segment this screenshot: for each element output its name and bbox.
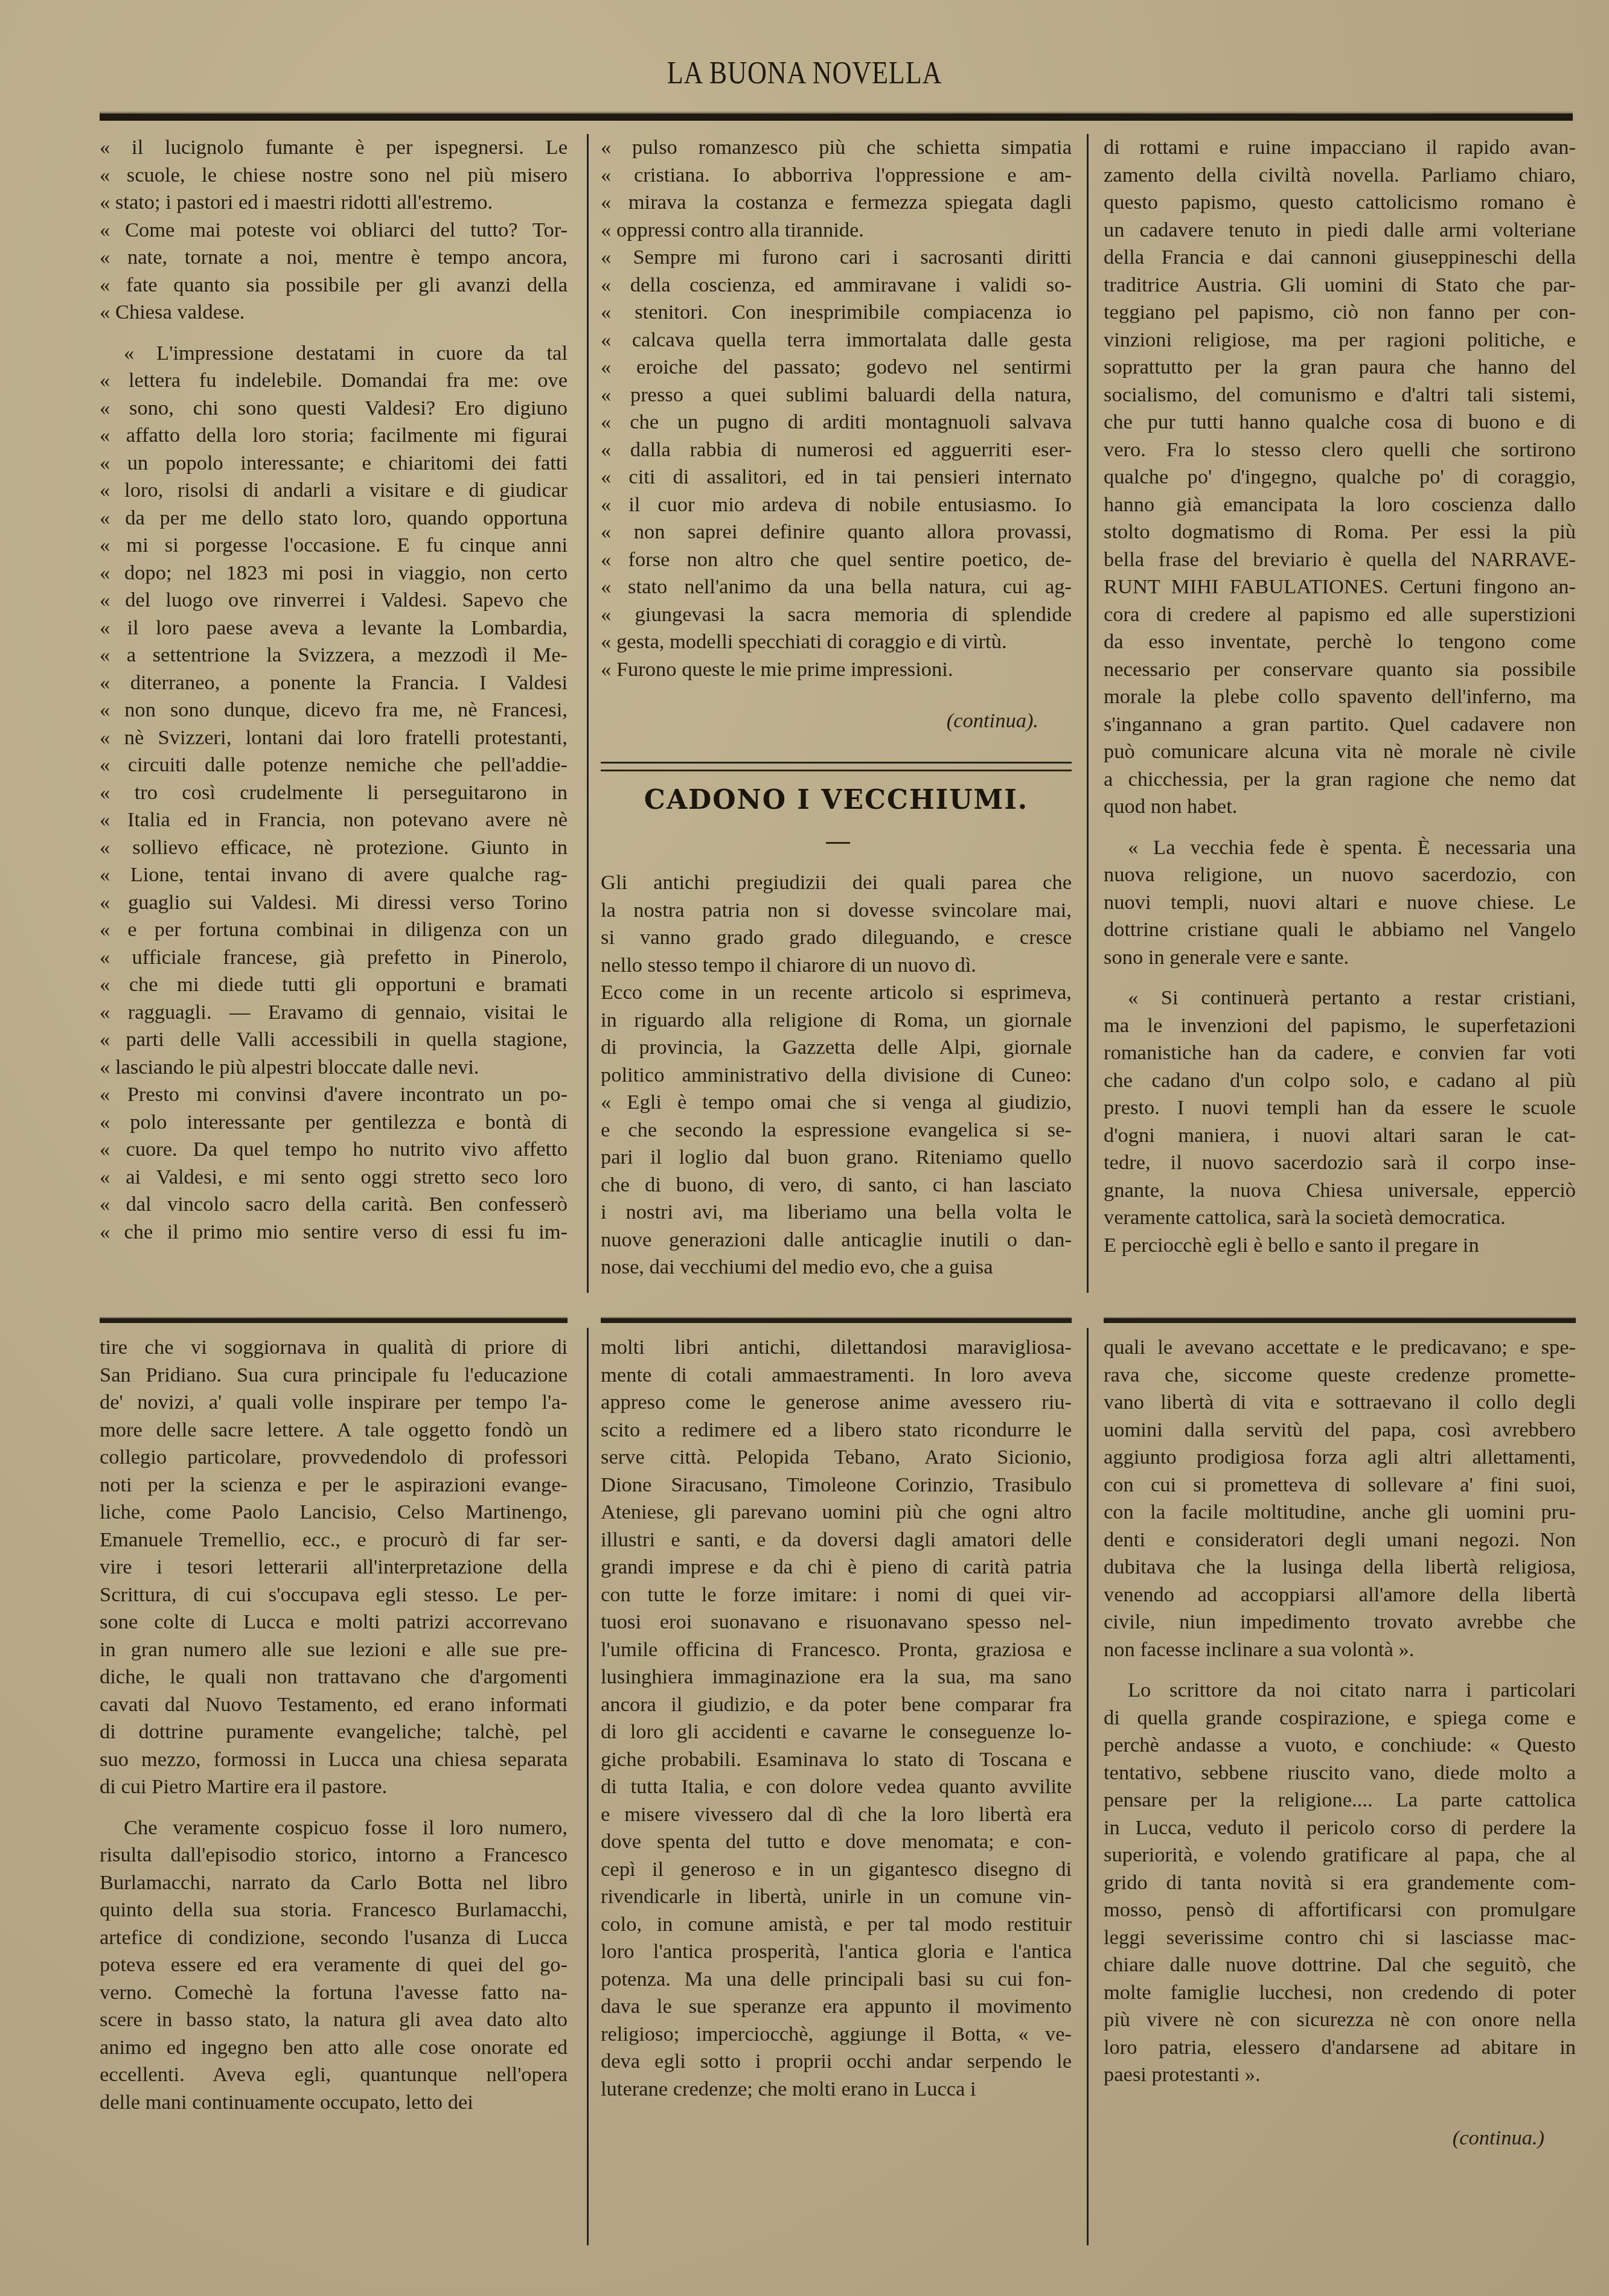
text-line: colo, in comune amistà, e per tal modo r… [601,1911,1072,1939]
text-line: teggiano pel papismo, ciò non fanno per … [1104,299,1576,327]
text-line: l'umile officina di Francesco. Pronta, g… [601,1636,1072,1664]
text-line: socialismo, del comunismo e d'altri tali… [1104,381,1576,409]
text-line: scito a redimere ed a libero stato ricon… [601,1417,1072,1444]
text-line: cora di credere al papismo ed alle super… [1104,601,1576,629]
top-column-1: « il lucignolo fumante è per ispegnersi.… [100,134,568,1246]
masthead-rule [100,112,1573,121]
text-line: vire i tesori letterarii all'interpretaz… [100,1554,568,1581]
text-line: paesi protestanti ». [1104,2061,1576,2089]
text-line: sone colte di Lucca e molti patrizi acco… [100,1609,568,1636]
text-line: s'ingannano a gran partito. Quel cadaver… [1104,711,1576,739]
text-line: « presso a quei sublimi baluardi della n… [601,381,1072,409]
column-divider [587,134,589,1293]
text-line: hanno già emancipata la loro coscienza d… [1104,491,1576,519]
text-line: mosso, pensò di affortificarsi con promu… [1104,1896,1576,1924]
text-line: « Si continuerà pertanto a restar cristi… [1104,984,1576,1012]
text-line: ma le invenzioni del papismo, le superfe… [1104,1012,1576,1040]
text-line: « che il primo mio sentire verso di essi… [100,1219,568,1246]
text-line: deva egli sotto i proprii occhi andar se… [601,2048,1072,2076]
text-line: venendo ad accoppiarsi all'amore della l… [1104,1581,1576,1609]
text-line: chiare dalle nuove dottrine. Dal che seg… [1104,1951,1576,1979]
text-line: che di buono, di vero, di santo, ci han … [601,1172,1072,1199]
article-body: Gli antichi pregiudizii dei quali parea … [601,869,1072,1281]
text-line: e misere vivessero dal dì che la loro li… [601,1801,1072,1829]
text-line: collegio particolare, provvedendolo di p… [100,1444,568,1472]
text-line: veramente cattolica, sarà la società dem… [1104,1204,1576,1232]
section-rule [100,1317,568,1323]
text-line: cavati dal Nuovo Testamento, ed erano in… [100,1691,568,1719]
text-line: « che mi diede tutti gli opportuni e bra… [100,971,568,999]
text-line: serve città. Pelopida Tebano, Arato Sici… [601,1444,1072,1472]
text-line: non facesse inclinare a sua volontà ». [1104,1636,1576,1664]
text-line: « sono, chi sono questi Valdesi? Ero dig… [100,395,568,423]
text-line: delle mani continuamente occupato, letto… [100,2089,568,2117]
text-line: « della coscienza, ed ammiravane i valid… [601,272,1072,299]
text-line: « Furono queste le mie prime impressioni… [601,656,1072,684]
text-line: verno. Comechè la fortuna l'avesse fatto… [100,1979,568,2007]
masthead-title: LA BUONA NOVELLA [121,56,1488,91]
text-line: che cadano d'un colpo solo, e cadano al … [1104,1067,1576,1095]
text-line: appreso come le generose anime avessero … [601,1389,1072,1417]
title-dash [826,842,850,844]
text-line: tedre, il nuovo sacerdozio sarà il corpo… [1104,1149,1576,1177]
text-line: necessario per conservare quanto sia pos… [1104,656,1576,684]
paragraph-gap [1104,971,1576,984]
article-rule [601,762,1072,771]
text-line: in gran numero alle sue lezioni e alle s… [100,1636,568,1664]
text-line: « ragguagli. — Eravamo di gennaio, visit… [100,999,568,1027]
text-line: qualche po' d'ingegno, qualche po' di co… [1104,464,1576,491]
text-line: di dottrine puramente evangeliche; talch… [100,1718,568,1746]
column-divider [1087,1328,1089,2245]
text-line: mente di cotali ammaestramenti. In loro … [601,1362,1072,1389]
text-line: Che veramente cospicuo fosse il loro num… [100,1814,568,1842]
text-line: « mirava la costanza e fermezza spiegata… [601,189,1072,217]
text-line: « La vecchia fede è spenta. È necessaria… [1104,834,1576,862]
text-line: vano libertà di vita e sottraevano il co… [1104,1389,1576,1417]
text-line: dubitava che la lusinga della libertà re… [1104,1554,1576,1581]
text-line: religioso; imperciocchè, aggiunge il Bot… [601,2021,1072,2049]
text-line: e che secondo la espressione evangelica … [601,1117,1072,1144]
text-line: « dalla rabbia di numerosi ed agguerriti… [601,436,1072,464]
text-line: nuovi templi, nuovi altari e nuove chies… [1104,889,1576,917]
text-line: tire che vi soggiornava in qualità di pr… [100,1334,568,1362]
paragraph-gap [100,1801,568,1814]
text-line: « tro così crudelmente li perseguitarono… [100,779,568,807]
text-line: « giungevasi la sacra memoria di splendi… [601,601,1072,629]
text-line: nuova religione, un nuovo sacerdozio, co… [1104,861,1576,889]
text-line: « dopo; nel 1823 mi posi in viaggio, non… [100,560,568,587]
text-line: « Lione, tentai invano di avere qualche … [100,861,568,889]
text-line: « fate quanto sia possibile per gli avan… [100,272,568,299]
column-divider [1087,134,1089,1293]
bottom-column-1: tire che vi soggiornava in qualità di pr… [100,1334,568,2116]
bottom-column-3: quali le avevano accettate e le predicav… [1104,1334,1576,2089]
text-line: politico amministrativo della divisione … [601,1062,1072,1089]
text-line: « circuiti dalle potenze nemiche che pel… [100,751,568,779]
text-line: « gesta, modelli specchiati di coraggio … [601,628,1072,656]
text-line: lusinghiera immaginazione era la sua, ma… [601,1663,1072,1691]
text-line: sono in generale vere e sante. [1104,944,1576,972]
text-line: dove spenta del tutto e dove menomata; e… [601,1828,1072,1856]
section-rule [601,1317,1072,1323]
text-line: quali le avevano accettate e le predicav… [1104,1334,1576,1362]
text-line: più vivere nè con sicurezza nè con onore… [1104,2006,1576,2034]
text-line: di quella grande cospirazione, e spiega … [1104,1704,1576,1732]
text-line: « del luogo ove rinverrei i Valdesi. Sap… [100,587,568,614]
text-line: « nate, tornate a noi, mentre è tempo an… [100,244,568,272]
text-line: Ecco come in un recente articolo si espr… [601,979,1072,1007]
text-line: luterane credenze; che molti erano in Lu… [601,2076,1072,2103]
text-line: « calcava quella terra immortalata dalle… [601,327,1072,354]
text-line: con la facile moltitudine, anche gli uom… [1104,1499,1576,1526]
text-line: bella frase del breviario è quella del N… [1104,546,1576,574]
text-line: E perciocchè egli è bello e santo il pre… [1104,1232,1576,1260]
text-line: civile, niun impedimento trovato avrebbe… [1104,1609,1576,1636]
text-line: « Come mai poteste voi obliarci del tutt… [100,217,568,244]
text-line: « affatto della loro storia; facilmente … [100,422,568,450]
text-line: in riguardo alla religione di Roma, un g… [601,1007,1072,1035]
text-line: « cuore. Da quel tempo ho nutrito vivo a… [100,1136,568,1164]
text-line: « da per me dello stato loro, quando opp… [100,505,568,532]
text-line: molti libri antichi, dilettandosi maravi… [601,1334,1072,1362]
text-line: « stato; i pastori ed i maestri ridotti … [100,189,568,217]
text-line: Dione Siracusano, Timoleone Corinzio, Tr… [601,1472,1072,1499]
text-line: leggi severissime contro chi si lasciass… [1104,1924,1576,1952]
text-line: la nostra patria non si dovesse svincola… [601,897,1072,925]
text-line: a chicchessia, per la gran ragione che n… [1104,766,1576,794]
text-line: d'ogni maniera, i nuovi altari saran le … [1104,1122,1576,1150]
text-line: de' novizi, a' quali volle inspirare per… [100,1389,568,1417]
text-line: « citi di assalitori, ed in tai pensieri… [601,464,1072,491]
text-line: vinzioni religiose, ma per ragioni polit… [1104,327,1576,354]
text-line: illustri e santi, e da doversi dagli ama… [601,1526,1072,1554]
text-line: « lettera fu indelebile. Domandai fra me… [100,367,568,395]
text-line: « nè Svizzeri, lontani dai loro fratelli… [100,724,568,752]
text-line: giche probabili. Esaminava lo stato di T… [601,1746,1072,1774]
continua-note: (continua). [601,707,1038,735]
top-column-2: « pulso romanzesco più che schietta simp… [601,134,1072,683]
article-title: CADONO I VECCHIUMI. [601,785,1072,815]
text-line: in Lucca, veduto il pericolo corso di pe… [1104,1814,1576,1842]
text-line: noti per la scienza e per le aspirazioni… [100,1472,568,1499]
text-line: presto. I nuovi templi han da essere le … [1104,1094,1576,1122]
text-line: grandi imprese e da chi è pieno di carit… [601,1554,1072,1581]
text-line: « Sempre mi furono cari i sacrosanti dir… [601,244,1072,272]
text-line: « Italia ed in Francia, non potevano ave… [100,806,568,834]
text-line: tuosi eroi suonavano e risuonavano spess… [601,1609,1072,1636]
text-line: « sollievo efficace, nè protezione. Giun… [100,834,568,862]
text-line: morale la plebe collo spavento dell'infe… [1104,683,1576,711]
text-line: « loro, risolsi di andarli a visitare e … [100,477,568,505]
text-line: « che un pugno di arditi montagnuoli sal… [601,409,1072,436]
text-line: tentativo, sebbene riuscito vano, diede … [1104,1759,1576,1787]
text-line: quinto della sua storia. Francesco Burla… [100,1896,568,1924]
text-line: « scuole, le chiese nostre sono nel più … [100,162,568,190]
paragraph-gap [1104,821,1576,834]
text-line: « pulso romanzesco più che schietta simp… [601,134,1072,162]
text-line: denti e consideratori degli umani negozi… [1104,1526,1576,1554]
text-line: da esso inventate, perchè lo tengono com… [1104,628,1576,656]
text-line: superiorità, e volendo gratificare al pa… [1104,1842,1576,1869]
paragraph-gap [100,327,568,340]
text-line: « ufficiale francese, già prefetto in Pi… [100,944,568,972]
text-line: di cui Pietro Martire era il pastore. [100,1773,568,1801]
text-line: della Francia e dai cannoni giuseppinesc… [1104,244,1576,272]
text-line: perchè andasse a vuoto, e conchiude: « Q… [1104,1732,1576,1759]
text-line: Gli antichi pregiudizii dei quali parea … [601,869,1072,897]
text-line: diche, le quali non trattavano che d'arg… [100,1663,568,1691]
text-line: nuove generazioni dalle anticaglie inuti… [601,1226,1072,1254]
text-line: Ateniese, gli parevano uomini più che og… [601,1499,1072,1526]
text-line: quod non habet. [1104,793,1576,821]
text-line: romanistiche han da cadere, e convien fa… [1104,1039,1576,1067]
text-line: Burlamacchi, narrato da Carlo Botta nel … [100,1869,568,1897]
text-line: con tutte le forze imitare: i nomi di qu… [601,1581,1072,1609]
text-line: stolto dogmatismo di Roma. Per essi la p… [1104,518,1576,546]
text-line: « non sono dunque, dicevo fra me, nè Fra… [100,697,568,724]
text-line: loro l'antica prosperità, l'antica glori… [601,1938,1072,1966]
section-rule [1104,1317,1576,1323]
text-line: Emanuele Tremellio, ecc., e procurò di f… [100,1526,568,1554]
text-line: « ai Valdesi, e mi sento oggi stretto se… [100,1164,568,1191]
text-line: Lo scrittore da noi citato narra i parti… [1104,1677,1576,1704]
text-line: « e per fortuna combinai in diligenza co… [100,916,568,944]
text-line: ancora il giudizio, e da poter bene comp… [601,1691,1072,1719]
text-line: molte famiglie lucchesi, non credendo di… [1104,1979,1576,2007]
text-line: aggiunto prodigiosa forza agli altri all… [1104,1444,1576,1472]
text-line: « L'impressione destatami in cuore da ta… [100,340,568,368]
text-line: suo mezzo, formossi in Lucca una chiesa … [100,1746,568,1774]
text-line: « lasciando le più alpestri bloccate dal… [100,1054,568,1082]
text-line: « parti delle Valli accessibili in quell… [100,1026,568,1054]
text-line: nose, dai vecchiumi del medio evo, che a… [601,1254,1072,1281]
text-line: zamento della civiltà novella. Parliamo … [1104,162,1576,190]
text-line: dottrine cristiane quali le abbiamo nel … [1104,916,1576,944]
text-line: pensare per la religione.... La parte ca… [1104,1787,1576,1814]
text-line: eccellenti. Aveva egli, quantunque nell'… [100,2061,568,2089]
text-line: risulta dall'episodio storico, intorno a… [100,1842,568,1869]
text-line: che pur tutti hanno qualche cosa di buon… [1104,409,1576,436]
text-line: « mi si porgesse l'occasione. E fu cinqu… [100,532,568,560]
text-line: pari il loglio dal buon grano. Riteniamo… [601,1144,1072,1172]
text-line: rivendicarle in libertà, unirle in un co… [601,1883,1072,1911]
text-line: « il loro paese aveva a levante la Lomba… [100,614,568,642]
text-line: « stenitori. Con inesprimibile compiacen… [601,299,1072,327]
text-line: « forse non altro che quel sentire poeti… [601,546,1072,574]
text-line: RUNT MIHI FABULATIONES. Certuni fingono … [1104,573,1576,601]
text-line: more delle sacre lettere. A tale oggetto… [100,1417,568,1444]
text-line: « guaglio sui Valdesi. Mi diressi verso … [100,889,568,917]
text-line: « a settentrione la Svizzera, a mezzodì … [100,642,568,669]
text-line: « diterraneo, a ponente la Francia. I Va… [100,669,568,697]
text-line: di rottami e ruine impacciano il rapido … [1104,134,1576,162]
text-line: un cadavere tenuto in piedi dalle armi v… [1104,217,1576,244]
text-line: uomini dalla servitù del papa, così avre… [1104,1417,1576,1444]
text-line: di loro gli accidenti e cavarne le conse… [601,1718,1072,1746]
text-line: loro patria, elessero d'andarsene ad abi… [1104,2034,1576,2062]
text-line: « Chiesa valdese. [100,299,568,327]
text-line: può comunicare alcuna vita nè morale nè … [1104,738,1576,766]
text-line: grido di tanta novità si era grandemente… [1104,1869,1576,1897]
text-line: « Presto mi convinsi d'avere incontrato … [100,1081,568,1109]
text-line: dava le sue speranze era appunto il movi… [601,1993,1072,2021]
text-line: « il lucignolo fumante è per ispegnersi.… [100,134,568,162]
text-line: liche, come Paolo Lancisio, Celso Martin… [100,1499,568,1526]
text-line: traditrice Austria. Gli uomini di Stato … [1104,272,1576,299]
text-line: nello stesso tempo il chiarore di un nuo… [601,952,1072,980]
text-line: gnante, la nuova Chiesa universale, eppe… [1104,1177,1576,1205]
text-line: di provincia, la Gazzetta delle Alpi, gi… [601,1034,1072,1062]
text-line: di tutta Italia, e con dolore vedea quan… [601,1773,1072,1801]
text-line: animo ed ingegno ben atto alle cose onor… [100,2034,568,2062]
text-line: « Egli è tempo omai che si venga al giud… [601,1089,1072,1117]
text-line: « cristiana. Io abborriva l'oppressione … [601,162,1072,190]
text-line: soprattutto per la gran paura che hanno … [1104,354,1576,381]
text-line: i nostri avi, ma liberiamo una bella vol… [601,1199,1072,1226]
top-column-3: di rottami e ruine impacciano il rapido … [1104,134,1576,1259]
text-line: scere in basso stato, la natura gli avea… [100,2006,568,2034]
text-line: « stato nell'animo da una bella natura, … [601,573,1072,601]
text-line: rava che, siccome queste credenze promet… [1104,1362,1576,1389]
text-line: « oppressi contro alla tirannide. [601,217,1072,244]
text-line: poteva essere ed era veramente di quei d… [100,1951,568,1979]
text-line: « polo interessante per gentilezza e bon… [100,1109,568,1137]
text-line: « un popolo interessante; e chiaritomi d… [100,450,568,477]
text-line: vero. Fra lo stesso clero quelli che sor… [1104,436,1576,464]
text-line: questo papismo, questo cattolicismo roma… [1104,189,1576,217]
text-line: Scrittura, di cui s'occupava egli stesso… [100,1581,568,1609]
column-divider [587,1328,589,2245]
text-line: cepì il generoso e in un gigantesco dise… [601,1856,1072,1884]
continua-note: (continua.) [1104,2125,1544,2152]
text-line: potenza. Ma una delle principali basi su… [601,1966,1072,1994]
text-line: « non saprei definire quanto allora prov… [601,518,1072,546]
text-line: « eroiche del passato; godevo nel sentir… [601,354,1072,381]
text-line: « dal vincolo sacro della carità. Ben co… [100,1191,568,1219]
bottom-column-2: molti libri antichi, dilettandosi maravi… [601,1334,1072,2103]
text-line: « il cuor mio ardeva di nobile entusiasm… [601,491,1072,519]
text-line: si vanno grado grado dileguando, e cresc… [601,924,1072,952]
text-line: artefice di condizione, secondo l'usanza… [100,1924,568,1952]
text-line: San Pridiano. Sua cura principale fu l'e… [100,1362,568,1389]
paragraph-gap [1104,1663,1576,1677]
text-line: con cui si prometteva di sollevare a' fi… [1104,1472,1576,1499]
